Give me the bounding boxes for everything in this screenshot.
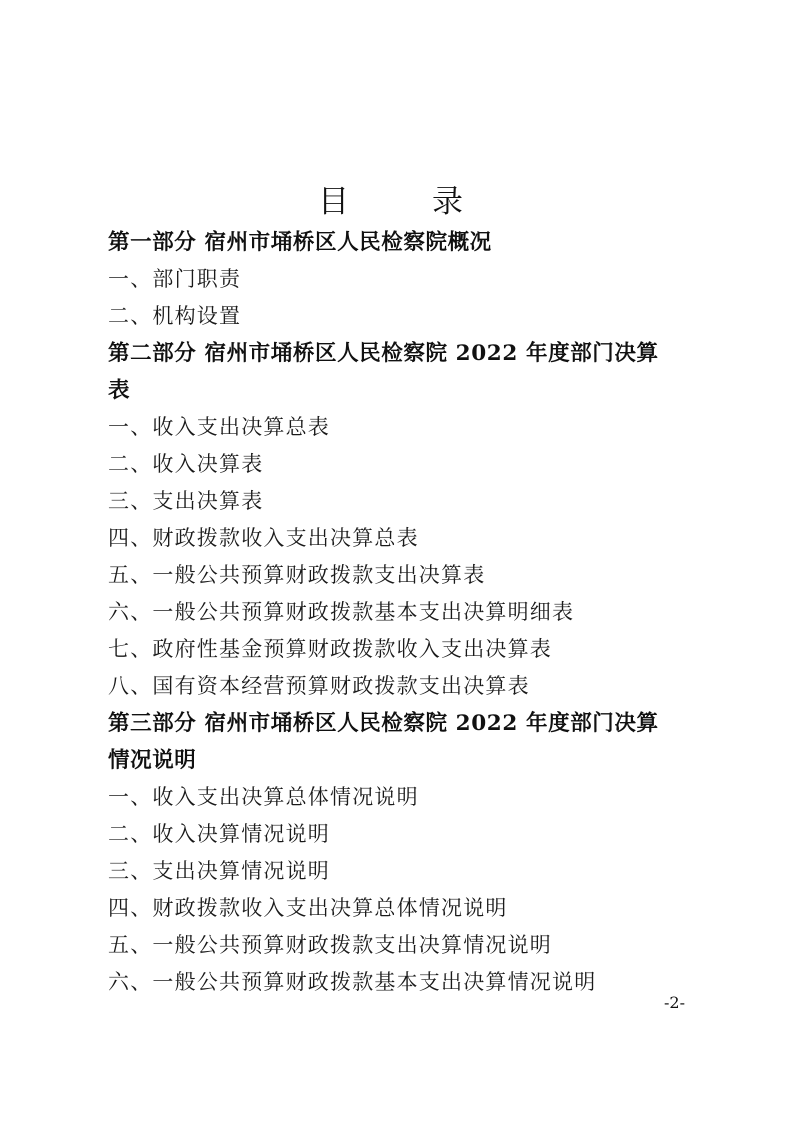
toc-item: 八、国有资本经营预算财政拨款支出决算表	[108, 668, 698, 705]
toc-item: 六、一般公共预算财政拨款基本支出决算情况说明	[108, 964, 698, 1001]
toc-item: 七、政府性基金预算财政拨款收入支出决算表	[108, 631, 698, 668]
toc-item: 二、收入决算表	[108, 446, 698, 483]
toc-item: 五、一般公共预算财政拨款支出决算表	[108, 557, 698, 594]
toc-item: 二、收入决算情况说明	[108, 816, 698, 853]
toc-item: 四、财政拨款收入支出决算总表	[108, 520, 698, 557]
page-number: -2-	[664, 993, 685, 1012]
toc-item: 二、机构设置	[108, 298, 698, 335]
toc-part-2-heading: 第二部分 宿州市埇桥区人民检察院 2022 年度部门决算	[108, 335, 698, 372]
toc-part-1-heading: 第一部分 宿州市埇桥区人民检察院概况	[108, 224, 698, 261]
document-page: 目 录 第一部分 宿州市埇桥区人民检察院概况 一、部门职责 二、机构设置 第二部…	[0, 0, 793, 1122]
toc-item: 一、收入支出决算总体情况说明	[108, 779, 698, 816]
toc-item: 六、一般公共预算财政拨款基本支出决算明细表	[108, 594, 698, 631]
toc-item: 三、支出决算情况说明	[108, 853, 698, 890]
toc-item: 一、收入支出决算总表	[108, 409, 698, 446]
table-of-contents: 第一部分 宿州市埇桥区人民检察院概况 一、部门职责 二、机构设置 第二部分 宿州…	[108, 224, 698, 1001]
toc-part-3-heading-cont: 情况说明	[108, 742, 698, 779]
toc-item: 三、支出决算表	[108, 483, 698, 520]
toc-item: 一、部门职责	[108, 261, 698, 298]
toc-part-2-heading-cont: 表	[108, 372, 698, 409]
toc-item: 五、一般公共预算财政拨款支出决算情况说明	[108, 927, 698, 964]
toc-part-3-heading: 第三部分 宿州市埇桥区人民检察院 2022 年度部门决算	[108, 705, 698, 742]
page-title: 目 录	[0, 180, 793, 224]
toc-item: 四、财政拨款收入支出决算总体情况说明	[108, 890, 698, 927]
